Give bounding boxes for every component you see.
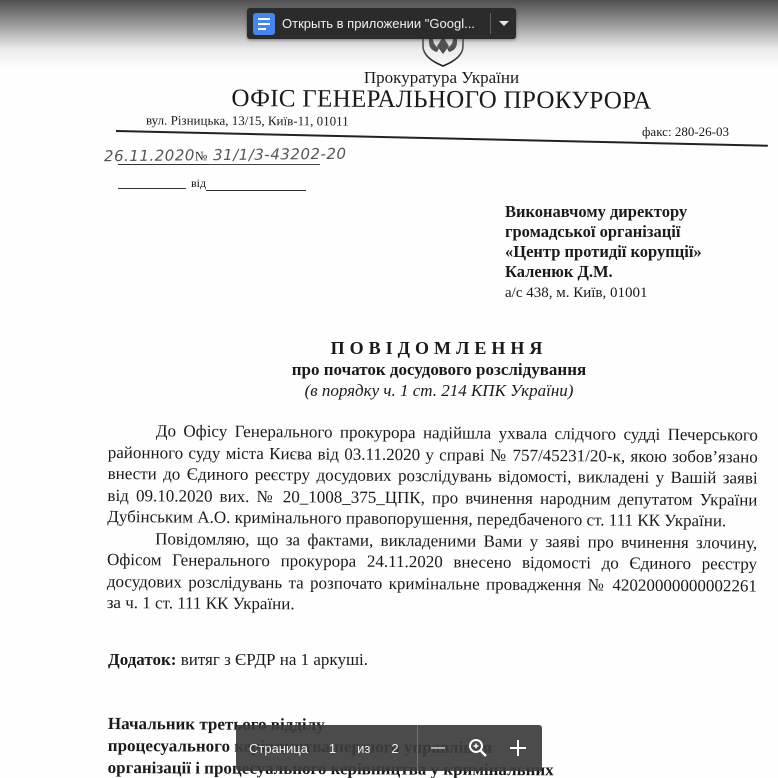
page-label: Страница (249, 741, 308, 756)
outgoing-reference: 26.11.2020№ 31/1/3-43202-20 (104, 145, 347, 166)
attachment-line: Додаток: витяг з ЄРДР на 1 аркуші. (108, 650, 368, 670)
recipient-line-1: Виконавчому директору (505, 202, 702, 222)
recipient-line-2: громадської організації (505, 222, 702, 242)
date-underline (118, 164, 208, 165)
open-in-app-dropdown[interactable] (491, 21, 516, 26)
letter-body: До Офісу Генерального прокурора надійшла… (107, 420, 758, 618)
body-paragraph-1: До Офісу Генерального прокурора надійшла… (107, 420, 758, 532)
attachment-label: Додаток: (108, 650, 176, 669)
zoom-in-button[interactable] (498, 725, 538, 771)
incoming-date-blank (206, 190, 306, 191)
open-in-app-label: Открыть в приложении "Googl... (282, 16, 490, 31)
google-docs-icon (253, 13, 275, 35)
document-page: Прокуратура України ОФІС ГЕНЕРАЛЬНОГО ПР… (0, 0, 778, 778)
notice-title: ПОВІДОМЛЕННЯ (0, 338, 778, 359)
handwritten-number: 31/1/3-43202-20 (213, 145, 347, 164)
org-name-line-2: ОФІС ГЕНЕРАЛЬНОГО ПРОКУРОРА (0, 84, 778, 117)
total-pages: 2 (391, 741, 398, 756)
recipient-name: Каленюк Д.М. (505, 262, 702, 282)
page-toolbar: Страница 1 из 2 (236, 725, 542, 771)
org-address: вул. Різницька, 13/15, Київ-11, 01011 (146, 112, 349, 129)
number-underline (208, 164, 320, 165)
zoom-button[interactable] (458, 725, 498, 771)
open-in-app-button[interactable]: Открыть в приложении "Googl... (247, 8, 516, 39)
body-paragraph-2: Повідомляю, що за фактами, викладеними В… (107, 527, 758, 618)
current-page[interactable]: 1 (329, 741, 336, 756)
recipient-block: Виконавчому директору громадської органі… (505, 202, 702, 303)
zoom-out-button[interactable] (418, 725, 458, 771)
notice-basis: (в порядку ч. 1 ст. 214 КПК України) (0, 381, 778, 401)
from-label: від (191, 176, 206, 191)
chevron-down-icon (499, 21, 509, 26)
zoom-icon (468, 738, 488, 758)
minus-icon (431, 747, 445, 749)
attachment-text: витяг з ЄРДР на 1 аркуші. (181, 650, 368, 669)
recipient-line-3: «Центр протидії корупції» (505, 242, 702, 262)
org-fax: факс: 280-26-03 (642, 124, 729, 140)
incoming-number-blank (118, 188, 186, 189)
number-sign: № (195, 148, 208, 163)
page-of-label: из (357, 741, 370, 756)
handwritten-date: 26.11.2020 (104, 146, 195, 165)
recipient-address: а/с 438, м. Київ, 01001 (505, 283, 702, 303)
notice-subtitle: про початок досудового розслідування (0, 360, 778, 380)
